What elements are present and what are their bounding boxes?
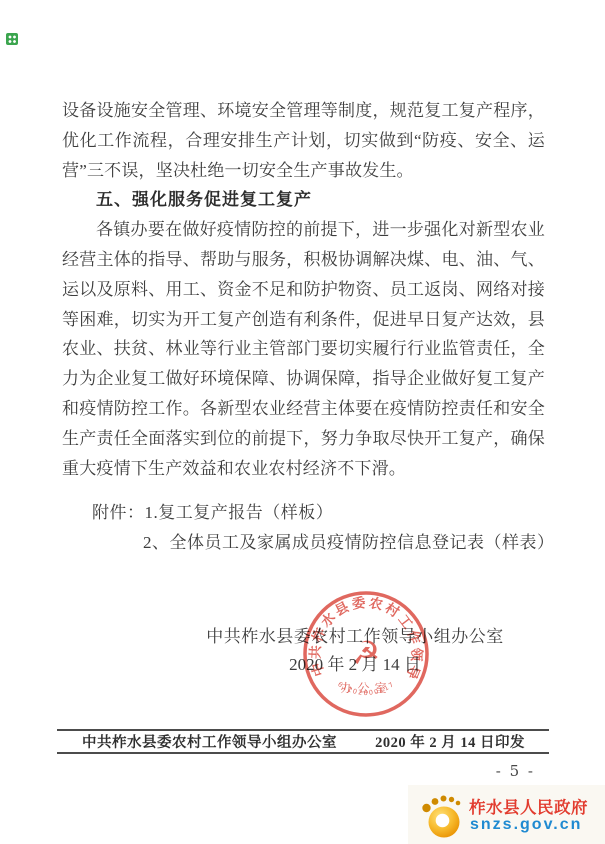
body-line: 力为企业复工做好环境保障、协调保障，指导企业做好复工复产	[62, 364, 545, 394]
section-heading: 五、强化服务促进复工复产	[62, 185, 545, 215]
document-page: 设备设施安全管理、环境安全管理等制度，规范复工复产程序， 优化工作流程，合理安排…	[0, 0, 605, 844]
imprint-organization: 中共柞水县委农村工作领导小组办公室	[82, 731, 337, 752]
attachment-item-1: 附件：1.复工复产报告（样板）	[92, 498, 562, 528]
page-number: - 5 -	[496, 762, 535, 780]
body-line: 各镇办要在做好疫情防控的前提下，进一步强化对新型农业	[62, 215, 545, 245]
official-red-seal: 中共柞水县委农村工作领导小组 ☭ 办公室 61102600217	[300, 586, 432, 722]
body-line: 优化工作流程，合理安排生产计划，切实做到“防疫、安全、运	[62, 126, 545, 156]
imprint-print-date: 2020 年 2 月 14 日印发	[375, 731, 525, 752]
body-line: 运以及原料、用工、资金不足和防护物资、员工返岗、网络对接	[62, 275, 545, 305]
attachment-item-2: 2、全体员工及家属成员疫情防控信息登记表（样表）	[143, 528, 562, 558]
body-line: 等困难，切实为开工复产创造有利条件，促进早日复产达效，县	[62, 305, 545, 335]
body-line: 经营主体的指导、帮助与服务，积极协调解决煤、电、油、气、	[62, 245, 545, 275]
gov-name-text: 柞水县人民政府	[469, 794, 588, 818]
imprint-footer: 中共柞水县委农村工作领导小组办公室 2020 年 2 月 14 日印发	[57, 729, 549, 754]
gov-url-text: snzs.gov.cn	[470, 816, 582, 834]
body-line: 生产责任全面落实到位的前提下，努力争取尽快开工复产，确保	[62, 424, 545, 454]
document-body: 设备设施安全管理、环境安全管理等制度，规范复工复产程序， 优化工作流程，合理安排…	[62, 96, 545, 483]
body-line: 农业、扶贫、林业等行业主管部门要切实履行行业监管责任，全	[62, 334, 545, 364]
green-corner-icon	[6, 33, 18, 45]
footprint-logo-icon	[420, 792, 466, 840]
attachment-list: 附件：1.复工复产报告（样板） 2、全体员工及家属成员疫情防控信息登记表（样表）	[62, 498, 562, 558]
hammer-sickle-icon: ☭	[352, 634, 381, 672]
government-watermark: 柞水县人民政府 snzs.gov.cn	[408, 785, 605, 844]
body-line: 重大疫情下生产效益和农业农村经济不下滑。	[62, 454, 545, 484]
body-line: 营”三不误，坚决杜绝一切安全生产事故发生。	[62, 156, 545, 186]
body-line: 设备设施安全管理、环境安全管理等制度，规范复工复产程序，	[62, 96, 545, 126]
body-line: 和疫情防控工作。各新型农业经营主体要在疫情防控责任和安全	[62, 394, 545, 424]
